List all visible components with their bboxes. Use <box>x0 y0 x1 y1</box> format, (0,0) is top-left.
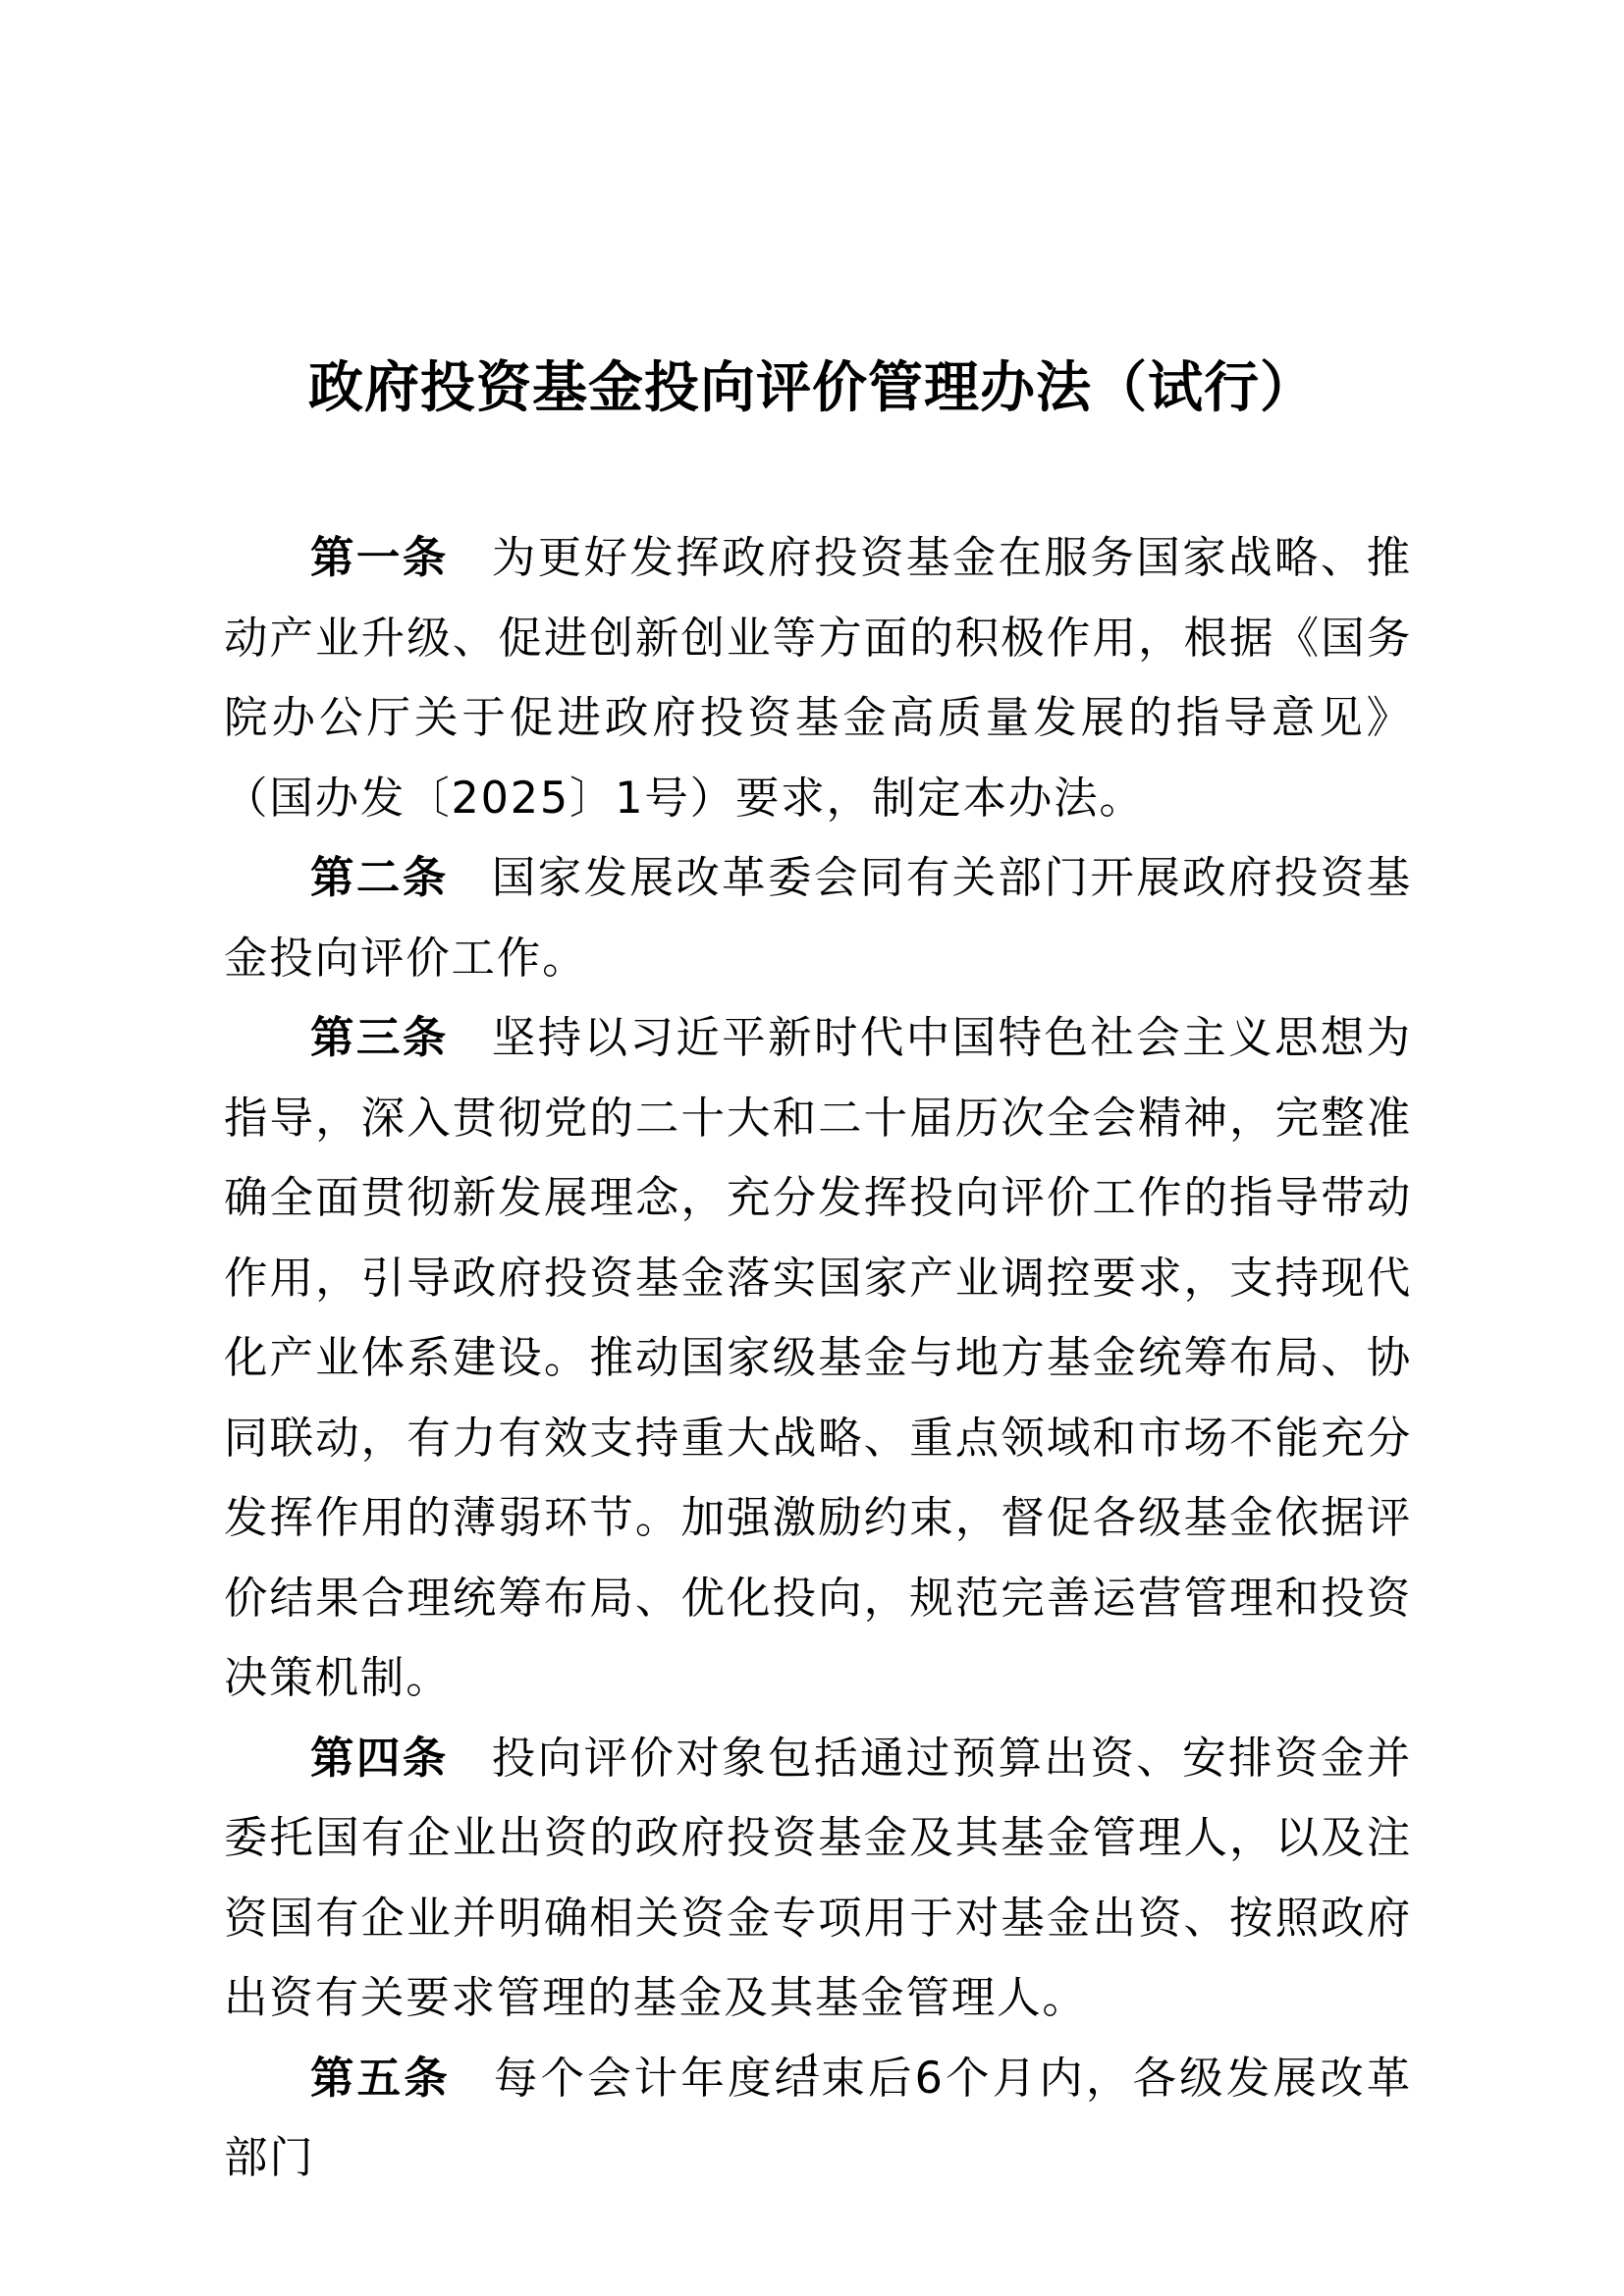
article-1: 第一条为更好发挥政府投资基金在服务国家战略、推动产业升级、促进创新创业等方面的积… <box>224 518 1412 838</box>
document-title: 政府投资基金投向评价管理办法（试行） <box>0 348 1624 427</box>
article-number: 第四条 <box>310 1734 449 1784</box>
document-page: 政府投资基金投向评价管理办法（试行） 第一条为更好发挥政府投资基金在服务国家战略… <box>0 0 1624 2296</box>
document-body: 第一条为更好发挥政府投资基金在服务国家战略、推动产业升级、促进创新创业等方面的积… <box>224 518 1412 2199</box>
article-number: 第三条 <box>310 1013 449 1063</box>
article-4: 第四条投向评价对象包括通过预算出资、安排资金并委托国有企业出资的政府投资基金及其… <box>224 1719 1412 2039</box>
article-3: 第三条坚持以习近平新时代中国特色社会主义思想为指导，深入贯彻党的二十大和二十届历… <box>224 998 1412 1719</box>
article-number: 第二条 <box>310 853 449 903</box>
article-2: 第二条国家发展改革委会同有关部门开展政府投资基金投向评价工作。 <box>224 838 1412 998</box>
page-number: 1 <box>0 2044 1624 2085</box>
article-number: 第一条 <box>310 533 449 583</box>
article-text: 坚持以习近平新时代中国特色社会主义思想为指导，深入贯彻党的二十大和二十届历次全会… <box>224 1013 1412 1703</box>
